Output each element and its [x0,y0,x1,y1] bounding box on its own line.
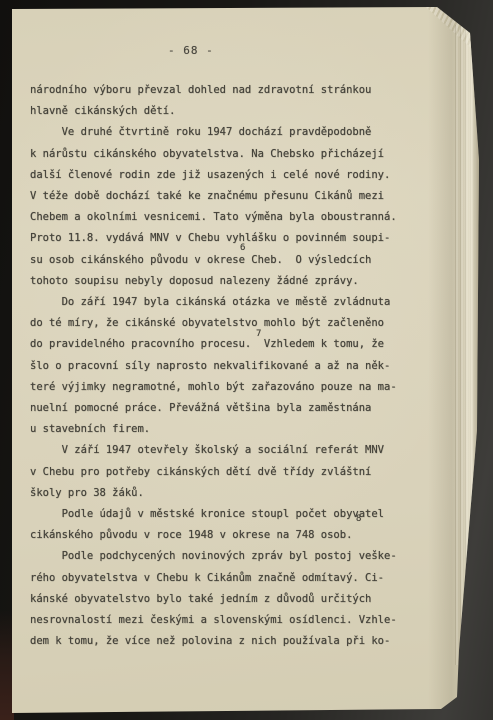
text-line: tohoto soupisu nebyly doposud nalezeny ž… [30,271,455,292]
text-line: hlavně cikánských dětí. [30,101,455,122]
text-line: nesrovnalostí mezi českými a slovenskými… [30,610,455,631]
text-line: Ve druhé čtvrtině roku 1947 dochází prav… [30,122,455,143]
text-line: další členové rodin zde již usazených i … [30,165,455,186]
text-line: v Chebu pro potřeby cikánských dětí dvě … [30,462,455,483]
book-spine-shadow [0,610,14,720]
text-line: do té míry, že cikánské obyvatelstvo moh… [30,313,455,334]
text-line: rého obyvatelstva v Chebu k Cikánům znač… [30,568,455,589]
page-text: národního výboru převzal dohled nad zdra… [30,80,455,652]
text-line: V téže době dochází také ke značnému pře… [30,186,455,207]
text-line: V září 1947 otevřely školský a sociální … [30,440,455,461]
page-number: - 68 - [168,44,214,57]
text-line: Podle podchycených novinových zpráv byl … [30,546,455,567]
text-line: kánské obyvatelstvo bylo také jedním z d… [30,589,455,610]
text-line: teré výjimky negramotné, mohlo být zařaz… [30,377,455,398]
text-line: cikánského původu v roce 1948 v okrese n… [30,525,455,546]
text-line: národního výboru převzal dohled nad zdra… [30,80,455,101]
text-line: Podle údajů v městské kronice stoupl poč… [30,504,455,525]
text-line: nuelní pomocné práce. Převážná většina b… [30,398,455,419]
footnote-marker-7: 7 [256,329,261,339]
footnote-marker-8: 8 [356,514,361,524]
text-line: Chebem a okolními vesnicemi. Tato výměna… [30,207,455,228]
scanned-document-view: - 68 - národního výboru převzal dohled n… [0,0,493,720]
text-line: šlo o pracovní síly naprosto nekvalifiko… [30,356,455,377]
text-line: dem k tomu, že více než polovina z nich … [30,631,455,652]
footnote-marker-6: 6 [240,243,245,253]
text-line: do pravidelného pracovního procesu. Vzhl… [30,334,455,355]
text-line: u stavebních firem. [30,419,455,440]
text-line: k nárůstu cikánského obyvatelstva. Na Ch… [30,144,455,165]
text-line: Do září 1947 byla cikánská otázka ve měs… [30,292,455,313]
text-line: školy pro 38 žáků. [30,483,455,504]
